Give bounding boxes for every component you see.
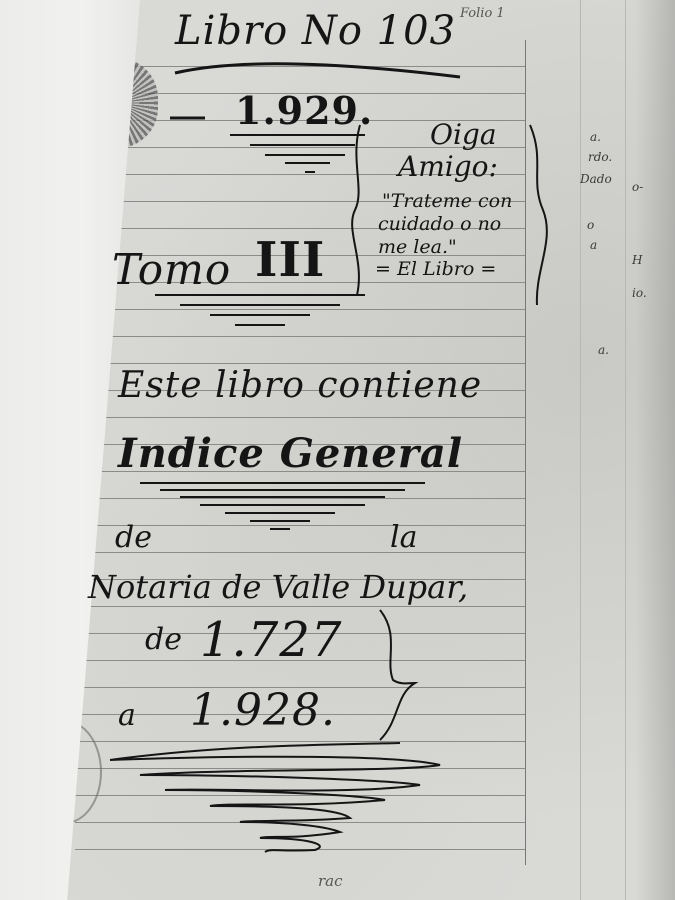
start-year: 1.727	[200, 612, 342, 668]
margin-mark-4: o-	[632, 180, 643, 194]
side-note-brace-left	[345, 120, 370, 300]
side-note-signature: = El Libro =	[375, 258, 496, 280]
margin-mark-9: a.	[598, 343, 609, 357]
body-line-de-prefix: de	[145, 622, 182, 657]
side-note-line-4: cuidado o no	[378, 213, 501, 235]
margin-mark-8: io.	[632, 286, 647, 300]
margin-mark-1: a.	[590, 130, 601, 144]
title-underline-flourish	[170, 55, 470, 85]
page-edge-shadow	[635, 0, 675, 900]
body-line-este-libro: Este libro contiene	[118, 365, 482, 406]
margin-rule-2	[625, 0, 626, 900]
margin-mark-6: a	[590, 238, 597, 252]
body-line-indice-general: Indice General	[118, 430, 463, 477]
volume-underline-flourish	[150, 290, 370, 340]
body-line-a-prefix: a	[118, 698, 136, 733]
margin-mark-7: H	[632, 253, 642, 267]
body-line-notaria: Notaria de Valle Dupar,	[88, 568, 468, 606]
margin-rule-1	[580, 0, 581, 900]
body-line-de: de	[115, 520, 152, 555]
side-note-oiga: Oiga	[430, 118, 497, 151]
folio-pencil-note: Folio 1	[460, 6, 505, 21]
year-underline-flourish	[165, 110, 375, 185]
volume-number: III	[255, 232, 325, 288]
years-brace	[375, 605, 425, 745]
side-note-amigo: Amigo:	[398, 150, 498, 183]
closing-swirl-flourish	[100, 740, 480, 900]
side-note-line-5: me lea."	[378, 236, 457, 258]
bottom-fragment: rac	[318, 872, 343, 890]
side-note-brace-right	[525, 120, 555, 310]
margin-mark-2: rdo.	[588, 150, 612, 164]
margin-mark-5: o	[587, 218, 594, 232]
book-number-title: Libro No 103	[175, 8, 456, 54]
end-year: 1.928.	[190, 685, 336, 736]
body-line-la: la	[390, 520, 417, 555]
margin-mark-3: Dado	[580, 172, 612, 186]
volume-label: Tomo	[112, 245, 231, 294]
side-note-line-3: "Trateme con	[382, 190, 512, 212]
